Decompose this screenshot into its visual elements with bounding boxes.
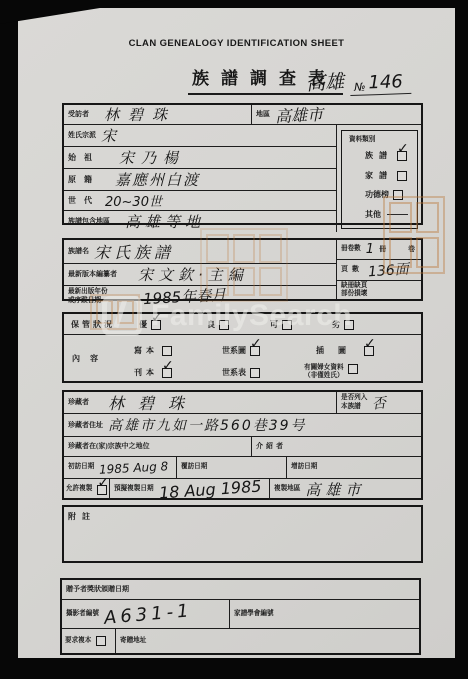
cell-planned-copy-date: 預擬複製日期 18 Aug 1985 [110, 479, 270, 500]
volumes-unit-ce: 冊 [379, 245, 386, 253]
cell-request-copy: 要求複本 [62, 629, 116, 653]
interviewee-value: 林碧珠 [104, 104, 176, 125]
first-visit-value: 1985 Aug 8 [99, 459, 169, 477]
volumes-unit-juan: 卷 [408, 245, 415, 253]
number-underline: № 146 [350, 71, 412, 96]
introducer-label: 介紹者 [256, 442, 286, 450]
basic-info-left-column: 姓氏宗派 宋 始祖 宋乃楊 原籍 嘉應州白渡 世代 20~30世 族譜包含地區 [64, 125, 337, 232]
copy-allowed-label: 允許複製 [66, 485, 92, 493]
condition-excellent: 優 ✓ [139, 320, 161, 330]
row-owner: 珍藏者 林碧珠 是否列入 本族譜 否 [64, 392, 421, 414]
checkbox-lineage-chart: ✓ [250, 346, 260, 356]
clan-label: 姓氏宗派 [68, 131, 96, 139]
checkbox-copy-allowed: ✓ [97, 485, 107, 495]
generations-label: 世代 [68, 196, 100, 206]
content-women-data: 有關婦女資料 （非僅姓氏） [304, 364, 358, 380]
checkmark-icon: ✓ [397, 142, 409, 156]
checkbox-poor [344, 320, 354, 330]
ancestor-label: 始祖 [68, 153, 100, 163]
clan-value: 宋 [101, 125, 116, 146]
table-condition-contents: 保管狀況 優 ✓ 良 可 劣 內容 寫本 [62, 312, 423, 383]
row-photographer-number: 攝影者編號 A631-1 家譜學會編號 [62, 600, 419, 629]
condition-label: 保管狀況 [71, 320, 115, 330]
checkmark-icon: ✓ [151, 311, 163, 325]
cell-copy-allowed: 允許複製 ✓ [64, 479, 110, 500]
scope-label: 族譜包含地區 [68, 217, 110, 225]
planned-copy-date-label: 預擬複製日期 [114, 485, 154, 493]
interviewee-label: 受訪者 [68, 110, 89, 118]
cell-mailing-address: 寄贈地址 [116, 629, 419, 653]
mailing-address-label: 寄贈地址 [120, 637, 146, 645]
contents-label-wrap: 內容 [72, 354, 108, 364]
content-illustrations: 插圖 ✓ [316, 346, 374, 356]
cell-additional-visit: 增訪日期 [287, 457, 421, 478]
table-owner-info: 珍藏者 林碧珠 是否列入 本族譜 否 珍藏者住址 高雄市九如一路560巷39号 … [62, 390, 423, 500]
region-handwritten: 高雄 [305, 67, 345, 97]
award-date-label: 贈予者獎狀頒贈日期 [66, 585, 129, 594]
editor-value: 宋文欽·主編 [138, 264, 248, 285]
cell-copy-area: 複製地區 高雄市 [270, 479, 421, 500]
first-visit-label: 初訪日期 [68, 463, 94, 471]
checkbox-lineage-table [250, 368, 260, 378]
checkbox-good [219, 320, 229, 330]
cell-first-visit: 初訪日期 1985 Aug 8 [64, 457, 177, 478]
checkbox-family-record [397, 171, 407, 181]
row-volumes: 冊卷數 1 冊 卷 [337, 240, 421, 260]
row-request-copy: 要求複本 寄贈地址 [62, 629, 419, 653]
owner-address-value: 高雄市九如一路560巷39号 [108, 415, 307, 435]
checkbox-fair [282, 320, 292, 330]
condition-poor: 劣 [332, 320, 354, 330]
document-number: 高雄 № 146 [306, 68, 411, 95]
notes-box: 附註 [62, 505, 423, 563]
cell-photographer-number: 攝影者編號 A631-1 [62, 600, 230, 628]
table-basic-info: 受訪者 林碧珠 地區 高雄市 姓氏宗派 宋 始祖 宋乃楊 原籍 嘉 [62, 103, 423, 225]
row-copy-permission: 允許複製 ✓ 預擬複製日期 18 Aug 1985 複製地區 高雄市 [64, 479, 421, 500]
cell-society-number: 家譜學會編號 [230, 600, 419, 628]
cell-owner: 珍藏者 林碧珠 [64, 392, 337, 413]
area-value: 高雄市 [274, 102, 323, 127]
ancestor-value: 宋乃楊 [119, 147, 185, 168]
publication-date-label: 最新出版年份 或序跋日期 [68, 288, 108, 304]
society-number-label: 家譜學會編號 [234, 610, 274, 618]
contents-label: 內容 [72, 354, 108, 364]
checkmark-icon: ✓ [97, 476, 109, 490]
row-condition: 保管狀況 優 ✓ 良 可 劣 [64, 314, 421, 335]
content-lineage-chart: 世系圖 ✓ [222, 346, 260, 356]
owner-address-label: 珍藏者住址 [68, 421, 103, 429]
checkbox-manuscript [162, 346, 172, 356]
category-option-genealogy: 族譜 ✓ [365, 151, 408, 161]
checkbox-genealogy: ✓ [397, 151, 407, 161]
category-option-family-record: 家譜 [365, 171, 408, 181]
origin-value: 嘉應州白渡 [115, 169, 200, 190]
cell-notes: 附註 [64, 507, 421, 561]
row-ancestor: 始祖 宋乃楊 [64, 147, 336, 169]
row-clan: 姓氏宗派 宋 [64, 125, 336, 147]
table-numbering: 贈予者獎狀頒贈日期 攝影者編號 A631-1 家譜學會編號 要求複本 寄贈地址 [60, 578, 421, 655]
condition-label-wrap: 保管狀況 [71, 320, 115, 330]
publication-date-value: 1985年春月 [142, 284, 226, 309]
paper-sheet: CLAN GENEALOGY IDENTIFICATION SHEET 族譜調查… [18, 8, 455, 658]
cell-owner-address: 珍藏者住址 高雄市九如一路560巷39号 [64, 414, 421, 436]
listed-label: 是否列入 本族譜 [341, 394, 367, 410]
content-lineage-table: 世系表 [222, 368, 260, 378]
pages-value: 136面 [367, 258, 409, 281]
genealogy-name-value: 宋氏族譜 [94, 240, 174, 263]
category-option-merit-board: 功德榜 [365, 190, 408, 200]
row-generations: 世代 20~30世 [64, 191, 336, 211]
volumes-label: 冊卷數 [341, 245, 361, 253]
cell-introducer: 介紹者 [252, 437, 421, 456]
area-label: 地區 [256, 110, 270, 118]
row-pages: 頁數 136面 [337, 260, 421, 281]
category-option-other: 其他 [365, 210, 408, 220]
condition-fair: 可 [270, 320, 292, 330]
owner-value: 林碧珠 [108, 391, 198, 414]
volumes-value: 1 [366, 242, 374, 257]
category-box: 資料類別 族譜 ✓ 家譜 功德榜 [341, 130, 418, 229]
english-header: CLAN GENEALOGY IDENTIFICATION SHEET [18, 38, 455, 49]
row-award-date: 贈予者獎狀頒贈日期 [62, 580, 419, 600]
number-value: 146 [368, 71, 403, 93]
row-contents: 內容 寫本 世系圖 ✓ 插圖 ✓ 刊本 ✓ 世系表 [64, 335, 421, 381]
generations-value: 20~30世 [105, 191, 162, 210]
row-clan-position: 珍藏者在(家)宗族中之地位 介紹者 [64, 437, 421, 457]
checkmark-icon: ✓ [364, 337, 376, 351]
additional-visit-label: 增訪日期 [291, 463, 317, 471]
checkbox-request-copy [96, 636, 106, 646]
row-missing-pages: 缺冊缺頁 部份損壞 [337, 281, 421, 300]
editor-label: 最新版本編纂者 [68, 270, 117, 278]
content-manuscript: 寫本 [134, 346, 172, 356]
content-printed: 刊本 ✓ [134, 368, 172, 378]
listed-value: 否 [371, 392, 387, 413]
number-symbol: № [354, 81, 366, 94]
cell-interviewee: 受訪者 林碧珠 [64, 105, 252, 124]
row-origin: 原籍 嘉應州白渡 [64, 169, 336, 191]
row-visit-dates: 初訪日期 1985 Aug 8 覆訪日期 增訪日期 [64, 457, 421, 479]
row-editor: 最新版本編纂者 宋文欽·主編 [64, 264, 336, 286]
checkbox-illustrations: ✓ [364, 346, 374, 356]
checkmark-icon: ✓ [162, 359, 174, 373]
cell-area: 地區 高雄市 [252, 105, 421, 124]
row-owner-address: 珍藏者住址 高雄市九如一路560巷39号 [64, 414, 421, 437]
photographer-number-value: A631-1 [103, 600, 193, 629]
request-copy-label: 要求複本 [65, 637, 91, 645]
other-blank-line [387, 213, 408, 215]
copy-area-label: 複製地區 [274, 485, 300, 493]
cell-revisit: 覆訪日期 [177, 457, 287, 478]
condition-good: 良 [207, 320, 229, 330]
notes-label: 附註 [68, 512, 96, 522]
checkbox-merit-board [393, 190, 403, 200]
copy-area-value: 高雄市 [305, 479, 365, 500]
checkmark-icon: ✓ [250, 337, 262, 351]
revisit-label: 覆訪日期 [181, 463, 207, 471]
origin-label: 原籍 [68, 175, 100, 185]
row-scope: 族譜包含地區 高雄等地 [64, 211, 336, 232]
checkbox-women-data [348, 364, 358, 374]
cell-listed: 是否列入 本族譜 否 [337, 392, 421, 413]
owner-label: 珍藏者 [68, 398, 89, 406]
table-publication-info: 族譜名 宋氏族譜 最新版本編纂者 宋文欽·主編 最新出版年份 或序跋日期 198… [62, 238, 423, 301]
row-genealogy-name: 族譜名 宋氏族譜 [64, 240, 336, 264]
pages-label: 頁數 [341, 265, 363, 273]
row-interviewee: 受訪者 林碧珠 地區 高雄市 [64, 105, 421, 125]
checkbox-printed: ✓ [162, 368, 172, 378]
planned-copy-date-value: 18 Aug 1985 [158, 476, 262, 502]
checkbox-excellent: ✓ [151, 320, 161, 330]
cell-award-date: 贈予者獎狀頒贈日期 [62, 580, 419, 599]
row-publication-date: 最新出版年份 或序跋日期 1985年春月 [64, 286, 336, 307]
photographer-number-label: 攝影者編號 [66, 610, 99, 618]
scope-value: 高雄等地 [125, 211, 205, 232]
missing-pages-label: 缺冊缺頁 部份損壞 [341, 282, 367, 298]
genealogy-name-label: 族譜名 [68, 247, 89, 255]
clan-position-label: 珍藏者在(家)宗族中之地位 [68, 442, 150, 451]
scanned-genealogy-form: { "header": { "en_title": "CLAN GENEALOG… [0, 0, 468, 679]
cell-clan-position: 珍藏者在(家)宗族中之地位 [64, 437, 252, 456]
